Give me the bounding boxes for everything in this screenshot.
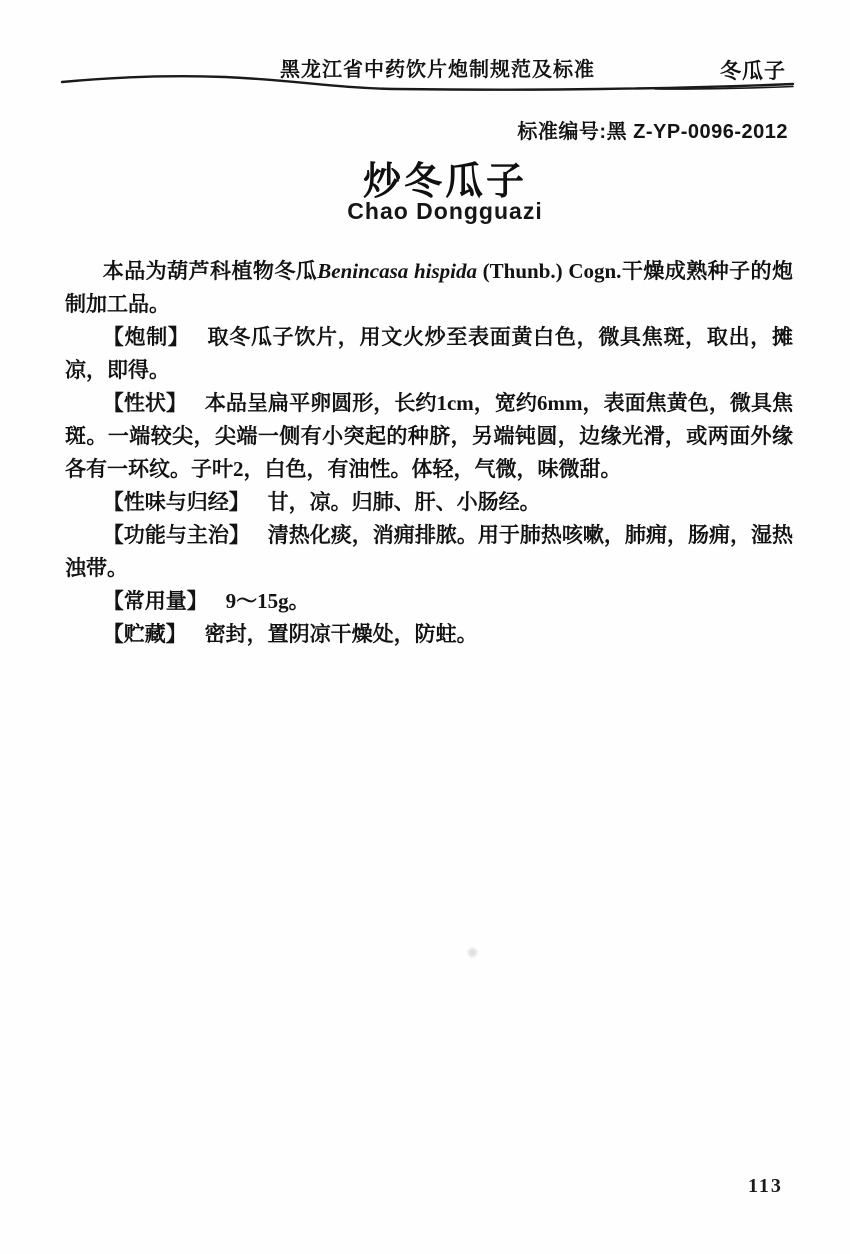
section-gongneng-zhuzhi: 【功能与主治】清热化痰，消痈排脓。用于肺热咳嗽，肺痈，肠痈，湿热浊带。	[65, 519, 793, 585]
section-changyongliang: 【常用量】9～15g。	[65, 585, 793, 618]
scan-artifact	[468, 948, 477, 957]
header-rule-line	[55, 68, 800, 98]
section-label-paozhi: 【炮制】	[103, 326, 190, 349]
section-zhucang: 【贮藏】密封，置阴凉干燥处，防蛀。	[65, 618, 793, 651]
page-title-pinyin: Chao Dongguazi	[0, 198, 850, 225]
section-label-xingzhuang: 【性状】	[103, 392, 187, 415]
page-number: 113	[748, 1175, 783, 1198]
intro-text-before-latin: 本品为葫芦科植物冬瓜	[103, 259, 317, 283]
section-xingzhuang: 【性状】本品呈扁平卵圆形，长约1cm，宽约6mm，表面焦黄色，微具焦斑。一端较尖…	[65, 387, 793, 486]
section-label-changyongliang: 【常用量】	[103, 590, 208, 613]
section-label-gongneng-zhuzhi: 【功能与主治】	[103, 524, 250, 547]
section-text-changyongliang: 9～15g。	[226, 589, 310, 613]
document-page: 黑龙江省中药饮片炮制规范及标准 冬瓜子 标准编号:黑 Z-YP-0096-201…	[0, 0, 850, 1254]
section-xingwei-guijing: 【性味与归经】甘，凉。归肺、肝、小肠经。	[65, 486, 793, 519]
section-paozhi: 【炮制】取冬瓜子饮片，用文火炒至表面黄白色，微具焦斑，取出，摊凉，即得。	[65, 321, 793, 387]
standard-number: 标准编号:黑 Z-YP-0096-2012	[517, 115, 788, 144]
section-label-zhucang: 【贮藏】	[103, 623, 187, 646]
section-text-xingwei-guijing: 甘，凉。归肺、肝、小肠经。	[268, 490, 541, 514]
document-body: 本品为葫芦科植物冬瓜Benincasa hispida (Thunb.) Cog…	[65, 255, 793, 651]
latin-species-name: Benincasa hispida	[317, 259, 477, 283]
section-label-xingwei-guijing: 【性味与归经】	[103, 491, 250, 514]
section-text-zhucang: 密封，置阴凉干燥处，防蛀。	[205, 622, 478, 646]
intro-paragraph: 本品为葫芦科植物冬瓜Benincasa hispida (Thunb.) Cog…	[65, 255, 793, 321]
page-title: 炒冬瓜子	[0, 150, 850, 205]
